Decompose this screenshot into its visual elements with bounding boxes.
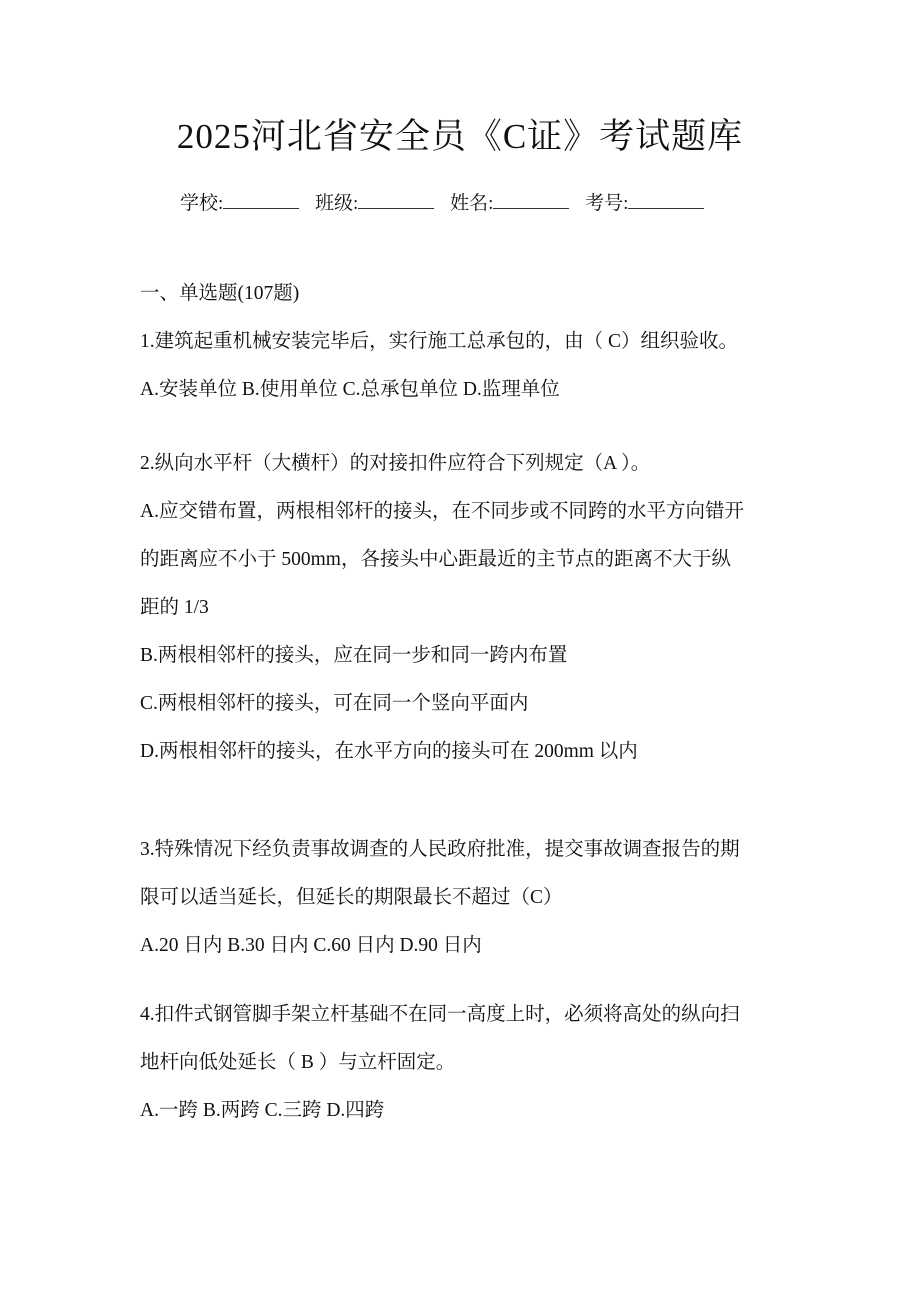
question-2-option-a-line-3: 距的 1/3 — [140, 593, 209, 623]
question-3-options: A.20 日内 B.30 日内 C.60 日内 D.90 日内 — [140, 931, 482, 961]
question-1-options: A.安装单位 B.使用单位 C.总承包单位 D.监理单位 — [140, 375, 560, 405]
class-field: 班级: — [315, 188, 434, 219]
section-heading: 一、单选题(107题) — [140, 279, 299, 309]
exam-number-blank[interactable] — [628, 188, 704, 209]
question-2-option-a-line-2: 的距离应不小于 500mm，各接头中心距最近的主节点的距离不大于纵 — [140, 545, 731, 575]
question-4-text-line-1: 4.扣件式钢管脚手架立杆基础不在同一高度上时，必须将高处的纵向扫 — [140, 1000, 740, 1030]
question-3-text-line-2: 限可以适当延长，但延长的期限最长不超过（C） — [140, 883, 563, 913]
exam-number-label: 考号: — [585, 193, 628, 214]
question-2-option-d: D.两根相邻杆的接头，在水平方向的接头可在 200mm 以内 — [140, 737, 638, 767]
school-label: 学校: — [180, 193, 223, 214]
question-2-option-c: C.两根相邻杆的接头，可在同一个竖向平面内 — [140, 689, 528, 719]
question-4-text-line-2: 地杆向低处延长（ B ）与立杆固定。 — [140, 1048, 455, 1078]
question-2-option-b: B.两根相邻杆的接头，应在同一步和同一跨内布置 — [140, 641, 567, 671]
student-info-row: 学校: 班级: 姓名: 考号: — [180, 188, 715, 219]
school-field: 学校: — [180, 188, 299, 219]
name-field: 姓名: — [450, 188, 569, 219]
name-blank[interactable] — [493, 188, 569, 209]
class-label: 班级: — [315, 193, 358, 214]
exam-number-field: 考号: — [585, 188, 704, 219]
document-page: 2025河北省安全员《C证》考试题库 学校: 班级: 姓名: 考号: 一、单选题… — [0, 0, 920, 1302]
question-1-text: 1.建筑起重机械安装完毕后，实行施工总承包的，由（ C）组织验收。 — [140, 327, 738, 357]
school-blank[interactable] — [223, 188, 299, 209]
class-blank[interactable] — [358, 188, 434, 209]
question-3-text-line-1: 3.特殊情况下经负责事故调查的人民政府批准，提交事故调查报告的期 — [140, 835, 740, 865]
name-label: 姓名: — [450, 193, 493, 214]
question-4-options: A.一跨 B.两跨 C.三跨 D.四跨 — [140, 1096, 384, 1126]
question-2-option-a-line-1: A.应交错布置，两根相邻杆的接头，在不同步或不同跨的水平方向错开 — [140, 497, 744, 527]
question-2-text: 2.纵向水平杆（大横杆）的对接扣件应符合下列规定（A ）。 — [140, 449, 650, 479]
document-title: 2025河北省安全员《C证》考试题库 — [0, 112, 920, 162]
